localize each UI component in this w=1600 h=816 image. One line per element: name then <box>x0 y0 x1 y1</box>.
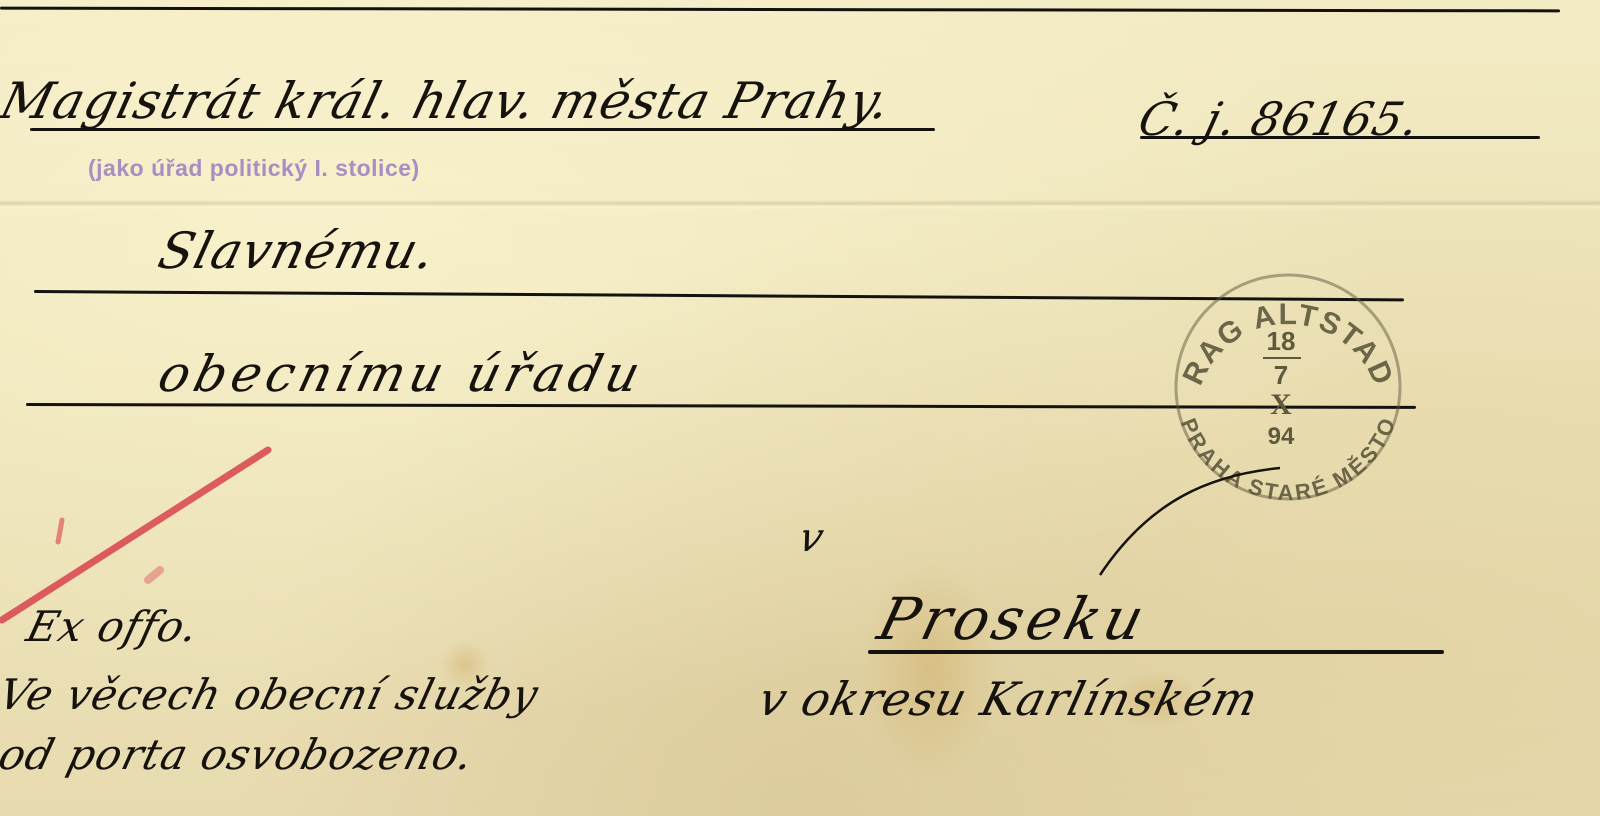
place-name: Proseku <box>872 585 1155 653</box>
red-pencil-mark <box>0 430 280 630</box>
recipient-line: obecnímu úřadu <box>153 345 651 403</box>
postmark-month: X <box>1270 388 1292 421</box>
issuer-rubber-stamp: (jako úřad politický I. stolice) <box>88 155 420 182</box>
salutation: Slavnému. <box>153 222 442 280</box>
issuer-heading: Magistrát král. hlav. města Prahy. <box>0 72 897 130</box>
postmark-day: 7 <box>1274 360 1288 390</box>
postage-exempt-note: od porta osvobozeno. <box>0 730 479 779</box>
postmark-hour: 18 <box>1267 326 1296 356</box>
postmark-year: 94 <box>1268 423 1295 450</box>
place-underline <box>868 650 1444 654</box>
service-note: Ve věcech obecní služby <box>0 670 544 719</box>
district-line: v okresu Karlínském <box>753 672 1264 726</box>
fold-crease <box>0 200 1600 210</box>
pen-flourish <box>1090 460 1290 580</box>
issuer-underline <box>30 128 935 131</box>
reference-underline <box>1140 136 1540 139</box>
